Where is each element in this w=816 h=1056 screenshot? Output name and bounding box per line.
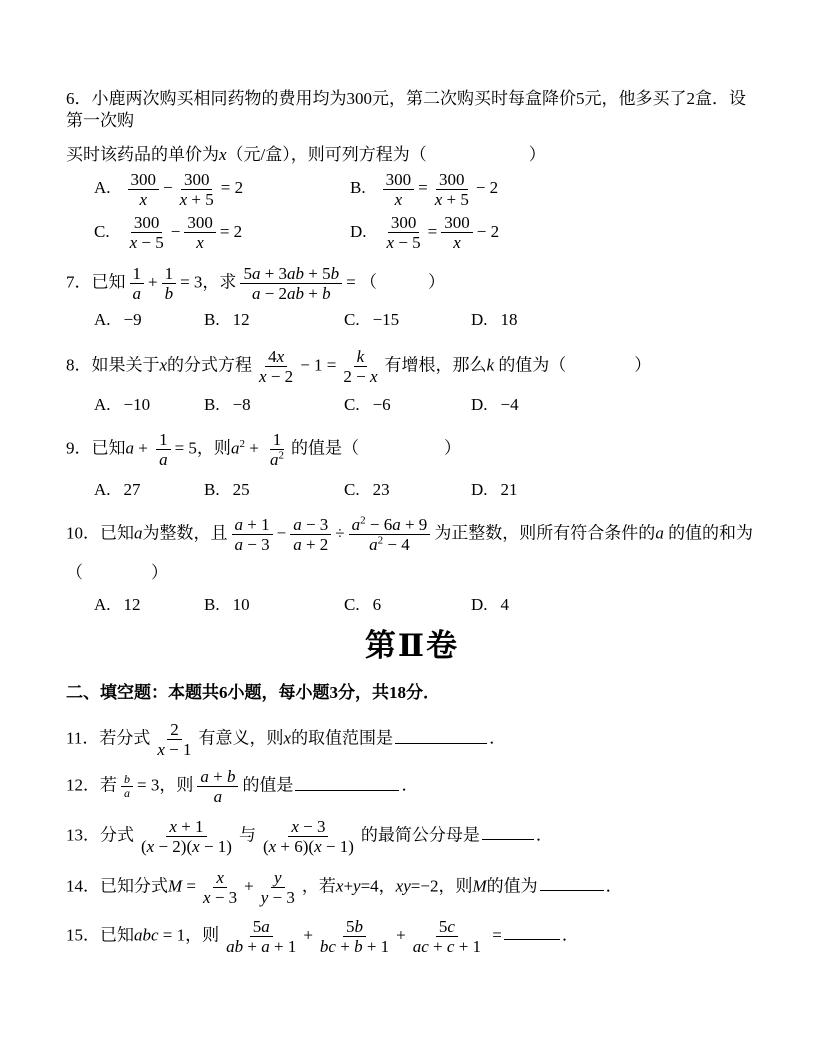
question-7-text: 7．已知1a+1b= 3，求5a + 3ab + 5ba − 2ab + b= … <box>66 264 758 303</box>
option-a: A.300x−300x + 5= 2 <box>94 170 350 209</box>
option-a: A.12 <box>94 594 204 616</box>
option-a-label: A. <box>94 480 111 499</box>
fraction: a + ba <box>197 767 238 806</box>
option-c: C.−6 <box>344 394 471 416</box>
option-a-label: A. <box>94 395 111 414</box>
option-c-label: C. <box>344 595 360 614</box>
fraction: 5cac + c + 1 <box>410 917 484 956</box>
answer-blank <box>395 728 487 744</box>
fraction: 300x − 5 <box>384 213 424 252</box>
option-a-formula: 300x−300x + 5= 2 <box>124 178 244 197</box>
option-c-value: 6 <box>373 595 382 614</box>
option-c-label: C. <box>344 310 360 329</box>
fraction: k2 − x <box>340 347 380 386</box>
question-13-text: 13．分式x + 1(x − 2)(x − 1)与x − 3(x + 6)(x … <box>66 817 758 856</box>
question-6-options-row-2: C.300x − 5−300x= 2 D.300x − 5=300x− 2 <box>66 213 758 252</box>
answer-blank <box>482 824 534 840</box>
question-10-text-line2: （ ） <box>66 562 758 584</box>
question-14: 14．已知分式M =xx − 3+yy − 3，若x+y=4，xy=−2，则M的… <box>66 868 758 907</box>
option-c: C.−15 <box>344 309 471 331</box>
question-11: 11．若分式2x − 1有意义，则x的取值范围是． <box>66 720 758 759</box>
question-9-text: 9．已知a + 1a= 5，则a2 + 1a2的值是（ ） <box>66 430 758 469</box>
question-10: 10．已知a为整数，且a + 1a − 3−a − 3a + 2÷a2 − 6a… <box>66 515 758 616</box>
fraction: 300x <box>383 170 415 209</box>
option-b-label: B. <box>204 310 220 329</box>
option-c-value: −6 <box>373 395 391 414</box>
option-b-value: −8 <box>233 395 251 414</box>
question-11-text: 11．若分式2x − 1有意义，则x的取值范围是． <box>66 720 758 759</box>
fraction: 300x <box>128 170 160 209</box>
question-13: 13．分式x + 1(x − 2)(x − 1)与x − 3(x + 6)(x … <box>66 817 758 856</box>
option-d: D.−4 <box>471 394 519 416</box>
fraction: 300x <box>441 213 473 252</box>
option-d: D.300x − 5=300x− 2 <box>350 213 499 252</box>
option-a-value: 12 <box>124 595 141 614</box>
option-c-value: 23 <box>373 480 390 499</box>
section2-header: 二、填空题：本题共6小题，每小题3分，共18分． <box>66 682 758 704</box>
option-c-value: −15 <box>373 310 400 329</box>
question-6-text-line2: 买时该药品的单价为x（元/盒），则可列方程为（ ） <box>66 144 758 166</box>
option-d-label: D. <box>471 310 488 329</box>
question-14-text: 14．已知分式M =xx − 3+yy − 3，若x+y=4，xy=−2，则M的… <box>66 868 758 907</box>
answer-blank <box>504 924 560 940</box>
fraction: 5bbc + b + 1 <box>317 917 392 956</box>
option-c-label: C. <box>94 222 110 241</box>
option-b: B.300x=300x + 5− 2 <box>350 170 498 209</box>
option-c-label: C. <box>344 395 360 414</box>
option-a: A.−10 <box>94 394 204 416</box>
question-8-options: A.−10 B.−8 C.−6 D.−4 <box>66 394 758 416</box>
fraction: x − 3(x + 6)(x − 1) <box>260 817 357 856</box>
option-b-label: B. <box>204 595 220 614</box>
fraction: yy − 3 <box>258 868 298 907</box>
option-b: B.10 <box>204 594 344 616</box>
option-b-label: B. <box>204 395 220 414</box>
question-10-options: A.12 B.10 C.6 D.4 <box>66 594 758 616</box>
fraction: 300x + 5 <box>177 170 217 209</box>
option-d-value: 21 <box>501 480 518 499</box>
fraction: 300x + 5 <box>432 170 472 209</box>
fraction: 1a <box>156 430 171 469</box>
fraction: 5aab + a + 1 <box>223 917 299 956</box>
option-a-value: −10 <box>124 395 151 414</box>
option-a-label: A. <box>94 310 111 329</box>
question-15-text: 15．已知abc = 1，则5aab + a + 1+5bbc + b + 1+… <box>66 917 758 956</box>
question-7: 7．已知1a+1b= 3，求5a + 3ab + 5ba − 2ab + b= … <box>66 264 758 331</box>
fraction: 4xx − 2 <box>256 347 296 386</box>
question-7-options: A.−9 B.12 C.−15 D.18 <box>66 309 758 331</box>
option-c: C.300x − 5−300x= 2 <box>94 213 350 252</box>
option-a: A.27 <box>94 479 204 501</box>
question-6-options-row-1: A.300x−300x + 5= 2 B.300x=300x + 5− 2 <box>66 170 758 209</box>
fraction: 300x <box>184 213 216 252</box>
fraction: ba <box>121 773 133 800</box>
question-6: 6．小鹿两次购买相同药物的费用均为300元，第二次购买时每盒降价5元，他多买了2… <box>66 88 758 252</box>
option-a: A.−9 <box>94 309 204 331</box>
part2-title: 第Ⅱ卷 <box>66 626 758 666</box>
option-a-label: A. <box>94 595 111 614</box>
fraction: a + 1a − 3 <box>232 515 273 554</box>
option-d-label: D. <box>350 222 367 241</box>
option-d-label: D. <box>471 480 488 499</box>
option-d-label: D. <box>471 395 488 414</box>
question-12-text: 12．若ba= 3，则a + ba的值是． <box>66 767 758 806</box>
fraction: a2 − 6a + 9a2 − 4 <box>349 515 431 554</box>
option-b: B.−8 <box>204 394 344 416</box>
answer-blank <box>540 875 604 891</box>
option-d-label: D. <box>471 595 488 614</box>
option-b: B.25 <box>204 479 344 501</box>
fraction: 5a + 3ab + 5ba − 2ab + b <box>240 264 342 303</box>
option-b: B.12 <box>204 309 344 331</box>
fraction: x + 1(x − 2)(x − 1) <box>138 817 235 856</box>
option-c: C.6 <box>344 594 471 616</box>
option-d: D.18 <box>471 309 518 331</box>
option-d-value: −4 <box>501 395 519 414</box>
option-d-formula: 300x − 5=300x− 2 <box>380 222 500 241</box>
option-d-value: 4 <box>501 595 510 614</box>
option-d: D.21 <box>471 479 518 501</box>
option-b-value: 25 <box>233 480 250 499</box>
option-a-value: 27 <box>124 480 141 499</box>
question-12: 12．若ba= 3，则a + ba的值是． <box>66 767 758 806</box>
exam-page: 6．小鹿两次购买相同药物的费用均为300元，第二次购买时每盒降价5元，他多买了2… <box>0 0 816 1056</box>
option-b-label: B. <box>204 480 220 499</box>
question-8: 8．如果关于x的分式方程4xx − 2− 1 =k2 − x有增根，那么k 的值… <box>66 347 758 416</box>
question-15: 15．已知abc = 1，则5aab + a + 1+5bbc + b + 1+… <box>66 917 758 956</box>
option-b-label: B. <box>350 178 366 197</box>
option-d-value: 18 <box>501 310 518 329</box>
option-b-value: 12 <box>233 310 250 329</box>
question-9: 9．已知a + 1a= 5，则a2 + 1a2的值是（ ） A.27 B.25 … <box>66 430 758 501</box>
fraction: 1a <box>130 264 145 303</box>
question-6-text-line1: 6．小鹿两次购买相同药物的费用均为300元，第二次购买时每盒降价5元，他多买了2… <box>66 88 758 132</box>
fraction: 1b <box>162 264 177 303</box>
option-d: D.4 <box>471 594 509 616</box>
fraction: xx − 3 <box>200 868 240 907</box>
option-a-value: −9 <box>124 310 142 329</box>
option-b-value: 10 <box>233 595 250 614</box>
option-a-label: A. <box>94 178 111 197</box>
option-c-label: C. <box>344 480 360 499</box>
fraction: a − 3a + 2 <box>290 515 331 554</box>
option-b-formula: 300x=300x + 5− 2 <box>379 178 499 197</box>
option-c-formula: 300x − 5−300x= 2 <box>123 222 243 241</box>
question-10-text-line1: 10．已知a为整数，且a + 1a − 3−a − 3a + 2÷a2 − 6a… <box>66 515 758 554</box>
question-8-text: 8．如果关于x的分式方程4xx − 2− 1 =k2 − x有增根，那么k 的值… <box>66 347 758 386</box>
fraction: 300x − 5 <box>127 213 167 252</box>
fraction: 1a2 <box>267 430 287 469</box>
question-9-options: A.27 B.25 C.23 D.21 <box>66 479 758 501</box>
option-c: C.23 <box>344 479 471 501</box>
answer-blank <box>295 775 399 791</box>
fraction: 2x − 1 <box>154 720 194 759</box>
